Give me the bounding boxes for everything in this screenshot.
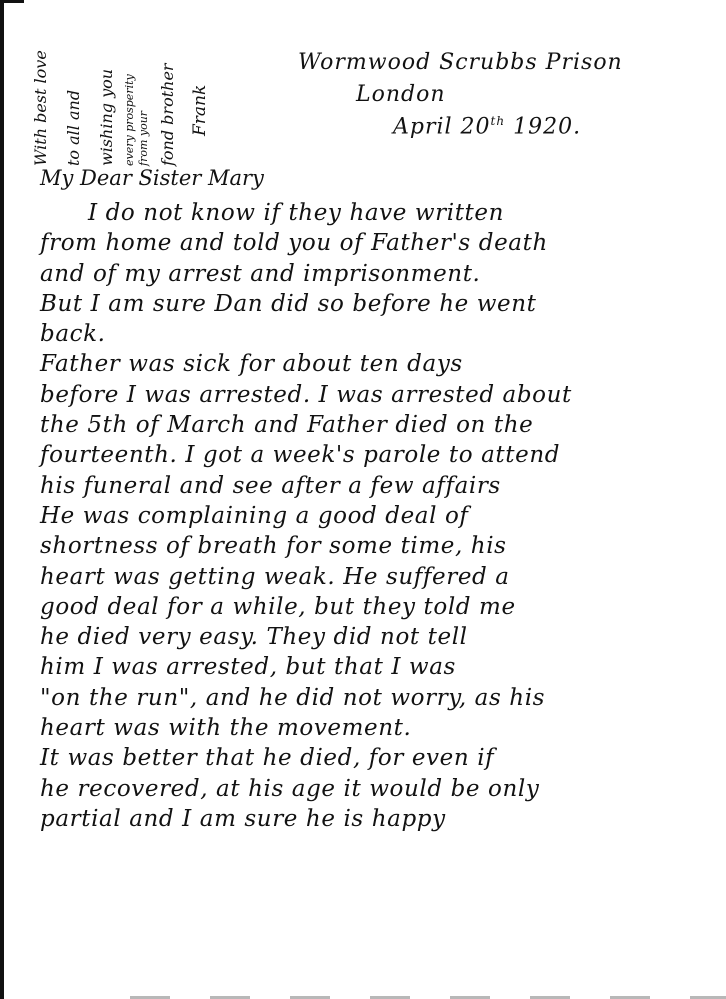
- body-line: It was better that he died, for even if: [40, 743, 720, 773]
- body-line: from home and told you of Father's death: [40, 228, 720, 258]
- header-city: London: [356, 82, 446, 107]
- body-line: I do not know if they have written: [40, 198, 720, 228]
- body-line: He was complaining a good deal of: [40, 501, 720, 531]
- body-line: back.: [40, 319, 720, 349]
- scan-top-mark: [0, 0, 24, 3]
- body-line: Father was sick for about ten days: [40, 349, 720, 379]
- scan-left-border: [0, 0, 4, 999]
- letter-page: With best love to all and wishing you ev…: [0, 0, 726, 999]
- letter-body: I do not know if they have writtenfrom h…: [40, 198, 720, 834]
- side-note-line: wishing you: [90, 0, 123, 166]
- body-line: heart was getting weak. He suffered a: [40, 562, 720, 592]
- body-line: But I am sure Dan did so before he went: [40, 289, 720, 319]
- side-note-line: every prosperity: [123, 0, 137, 166]
- body-line: his funeral and see after a few affairs: [40, 471, 720, 501]
- side-note-postscript: With best love to all and wishing you ev…: [24, 0, 217, 166]
- body-line: heart was with the movement.: [40, 713, 720, 743]
- side-note-line: fond brother: [151, 0, 184, 166]
- body-line: the 5th of March and Father died on the: [40, 410, 720, 440]
- side-note-signature: Frank: [184, 0, 217, 166]
- header-date: April 20th 1920.: [393, 114, 581, 139]
- side-note-line: to all and: [57, 0, 90, 166]
- date-day: April 20: [393, 114, 491, 139]
- body-line: and of my arrest and imprisonment.: [40, 259, 720, 289]
- header-place: Wormwood Scrubbs Prison: [298, 50, 623, 75]
- body-line: "on the run", and he did not worry, as h…: [40, 683, 720, 713]
- body-line: partial and I am sure he is happy: [40, 804, 720, 834]
- date-year: 1920.: [513, 114, 581, 139]
- body-line: him I was arrested, but that I was: [40, 652, 720, 682]
- date-ordinal: th: [491, 114, 506, 128]
- side-note-line: from your: [137, 0, 151, 166]
- body-line: he died very easy. They did not tell: [40, 622, 720, 652]
- body-line: fourteenth. I got a week's parole to att…: [40, 440, 720, 470]
- body-line: shortness of breath for some time, his: [40, 531, 720, 561]
- salutation: My Dear Sister Mary: [40, 166, 264, 190]
- body-line: before I was arrested. I was arrested ab…: [40, 380, 720, 410]
- body-line: good deal for a while, but they told me: [40, 592, 720, 622]
- body-line: he recovered, at his age it would be onl…: [40, 774, 720, 804]
- side-note-line: With best love: [24, 0, 57, 166]
